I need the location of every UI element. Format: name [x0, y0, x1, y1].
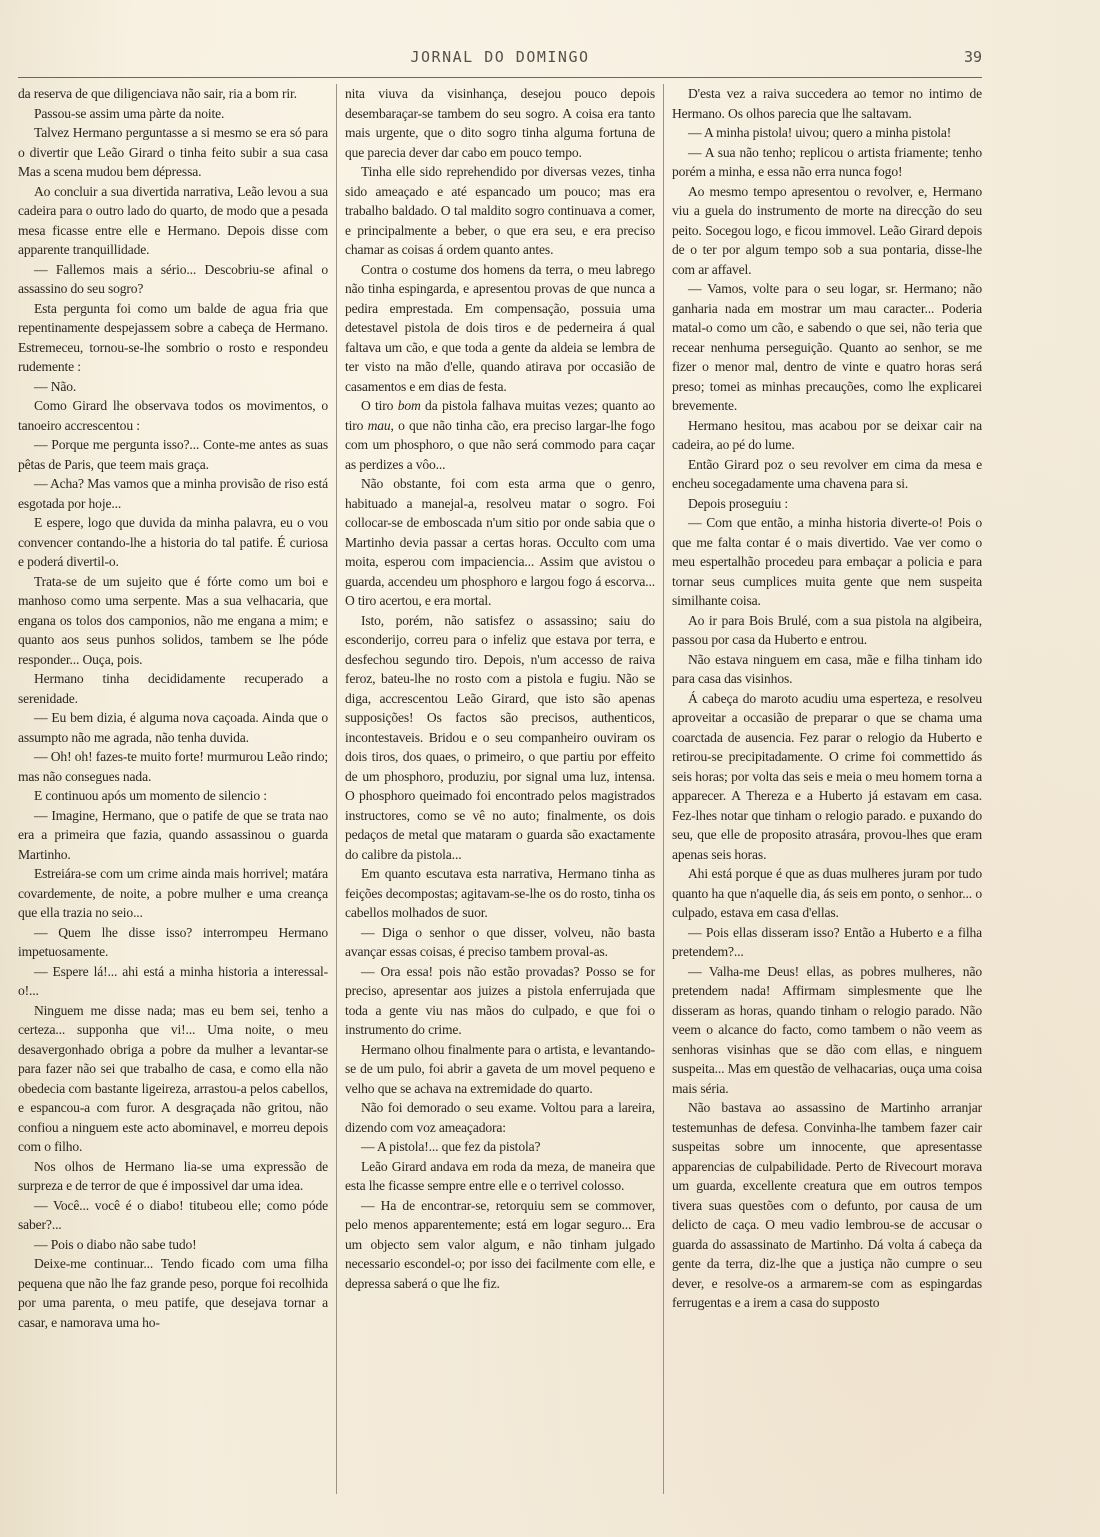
- paragraph: E espere, logo que duvida da minha palav…: [18, 513, 328, 572]
- paragraph: Ao ir para Bois Brulé, com a sua pistola…: [672, 611, 982, 650]
- paragraph: — A sua não tenho; replicou o artista fr…: [672, 143, 982, 182]
- paragraph: Esta pergunta foi como um balde de agua …: [18, 299, 328, 377]
- paragraph: Passou-se assim uma pàrte da noite.: [18, 104, 328, 124]
- paragraph: Deixe-me continuar... Tendo ficado com u…: [18, 1254, 328, 1332]
- paragraph: Contra o costume dos homens da terra, o …: [345, 260, 655, 397]
- paragraph: da reserva de que diligenciava não sair,…: [18, 84, 328, 104]
- paragraph: Tinha elle sido reprehendido por diversa…: [345, 162, 655, 260]
- paragraph: Depois proseguiu :: [672, 494, 982, 514]
- paragraph: D'esta vez a raiva succedera ao temor no…: [672, 84, 982, 123]
- article-body: da reserva de que diligenciava não sair,…: [18, 84, 982, 1494]
- paragraph: E continuou após um momento de silencio …: [18, 786, 328, 806]
- column-3: D'esta vez a raiva succedera ao temor no…: [664, 84, 982, 1494]
- paragraph: Ninguem me disse nada; mas eu bem sei, t…: [18, 1001, 328, 1157]
- page-header: JORNAL DO DOMINGO 39: [18, 44, 982, 74]
- paragraph: Não foi demorado o seu exame. Voltou par…: [345, 1098, 655, 1137]
- paragraph: nita viuva da visinhança, desejou pouco …: [345, 84, 655, 162]
- paragraph: — Ha de encontrar-se, retorquiu sem se c…: [345, 1196, 655, 1294]
- paragraph: Não estava ninguem em casa, mãe e filha …: [672, 650, 982, 689]
- paragraph: Como Girard lhe observava todos os movim…: [18, 396, 328, 435]
- paragraph: — Ora essa! pois não estão provadas? Pos…: [345, 962, 655, 1040]
- paragraph: Talvez Hermano perguntasse a si mesmo se…: [18, 123, 328, 182]
- paragraph: Trata-se de um sujeito que é fórte como …: [18, 572, 328, 670]
- paragraph: — Oh! oh! fazes-te muito forte! murmurou…: [18, 747, 328, 786]
- paragraph: — Diga o senhor o que disser, volveu, nã…: [345, 923, 655, 962]
- paragraph: — Com que então, a minha historia divert…: [672, 513, 982, 611]
- paragraph: Estreiára-se com um crime ainda mais hor…: [18, 864, 328, 923]
- paragraph: — Não.: [18, 377, 328, 397]
- paragraph: — Eu bem dizia, é alguma nova caçoada. A…: [18, 708, 328, 747]
- paragraph: — A pistola!... que fez da pistola?: [345, 1137, 655, 1157]
- paragraph: — Quem lhe disse isso? interrompeu Herma…: [18, 923, 328, 962]
- paragraph: — Imagine, Hermano, que o patife de que …: [18, 806, 328, 865]
- paragraph: Hermano olhou finalmente para o artista,…: [345, 1040, 655, 1099]
- paragraph: — Espere lá!... ahi está a minha histori…: [18, 962, 328, 1001]
- paragraph: — Fallemos mais a sério... Descobriu-se …: [18, 260, 328, 299]
- paragraph: Hermano tinha decididamente recuperado a…: [18, 669, 328, 708]
- paragraph: Ao concluir a sua divertida narrativa, L…: [18, 182, 328, 260]
- column-2: nita viuva da visinhança, desejou pouco …: [337, 84, 663, 1494]
- paragraph: Ao mesmo tempo apresentou o revolver, e,…: [672, 182, 982, 280]
- paragraph: — Valha-me Deus! ellas, as pobres mulher…: [672, 962, 982, 1099]
- paragraph: Á cabeça do maroto acudiu uma esperteza,…: [672, 689, 982, 865]
- paragraph: — Vamos, volte para o seu logar, sr. Her…: [672, 279, 982, 416]
- paragraph: Leão Girard andava em roda da meza, de m…: [345, 1157, 655, 1196]
- paragraph: — A minha pistola! uivou; quero a minha …: [672, 123, 982, 143]
- paragraph: O tiro bom da pistola falhava muitas vez…: [345, 396, 655, 474]
- paragraph: — Pois o diabo não sabe tudo!: [18, 1235, 328, 1255]
- header-rule: [18, 77, 982, 78]
- masthead-title: JORNAL DO DOMINGO: [18, 48, 982, 66]
- paragraph: — Porque me pergunta isso?... Conte-me a…: [18, 435, 328, 474]
- paragraph: Então Girard poz o seu revolver em cima …: [672, 455, 982, 494]
- paragraph: Isto, porém, não satisfez o assassino; s…: [345, 611, 655, 865]
- paragraph: — Você... você é o diabo! titubeou elle;…: [18, 1196, 328, 1235]
- column-1: da reserva de que diligenciava não sair,…: [18, 84, 336, 1494]
- page-number: 39: [964, 48, 982, 66]
- paragraph: Ahi está porque é que as duas mulheres j…: [672, 864, 982, 923]
- paragraph: — Pois ellas disseram isso? Então a Hube…: [672, 923, 982, 962]
- paragraph: — Acha? Mas vamos que a minha provisão d…: [18, 474, 328, 513]
- paragraph: Em quanto escutava esta narrativa, Herma…: [345, 864, 655, 923]
- paragraph: Não bastava ao assassino de Martinho arr…: [672, 1098, 982, 1313]
- paragraph: Nos olhos de Hermano lia-se uma expressã…: [18, 1157, 328, 1196]
- paragraph: Hermano hesitou, mas acabou por se deixa…: [672, 416, 982, 455]
- paragraph: Não obstante, foi com esta arma que o ge…: [345, 474, 655, 611]
